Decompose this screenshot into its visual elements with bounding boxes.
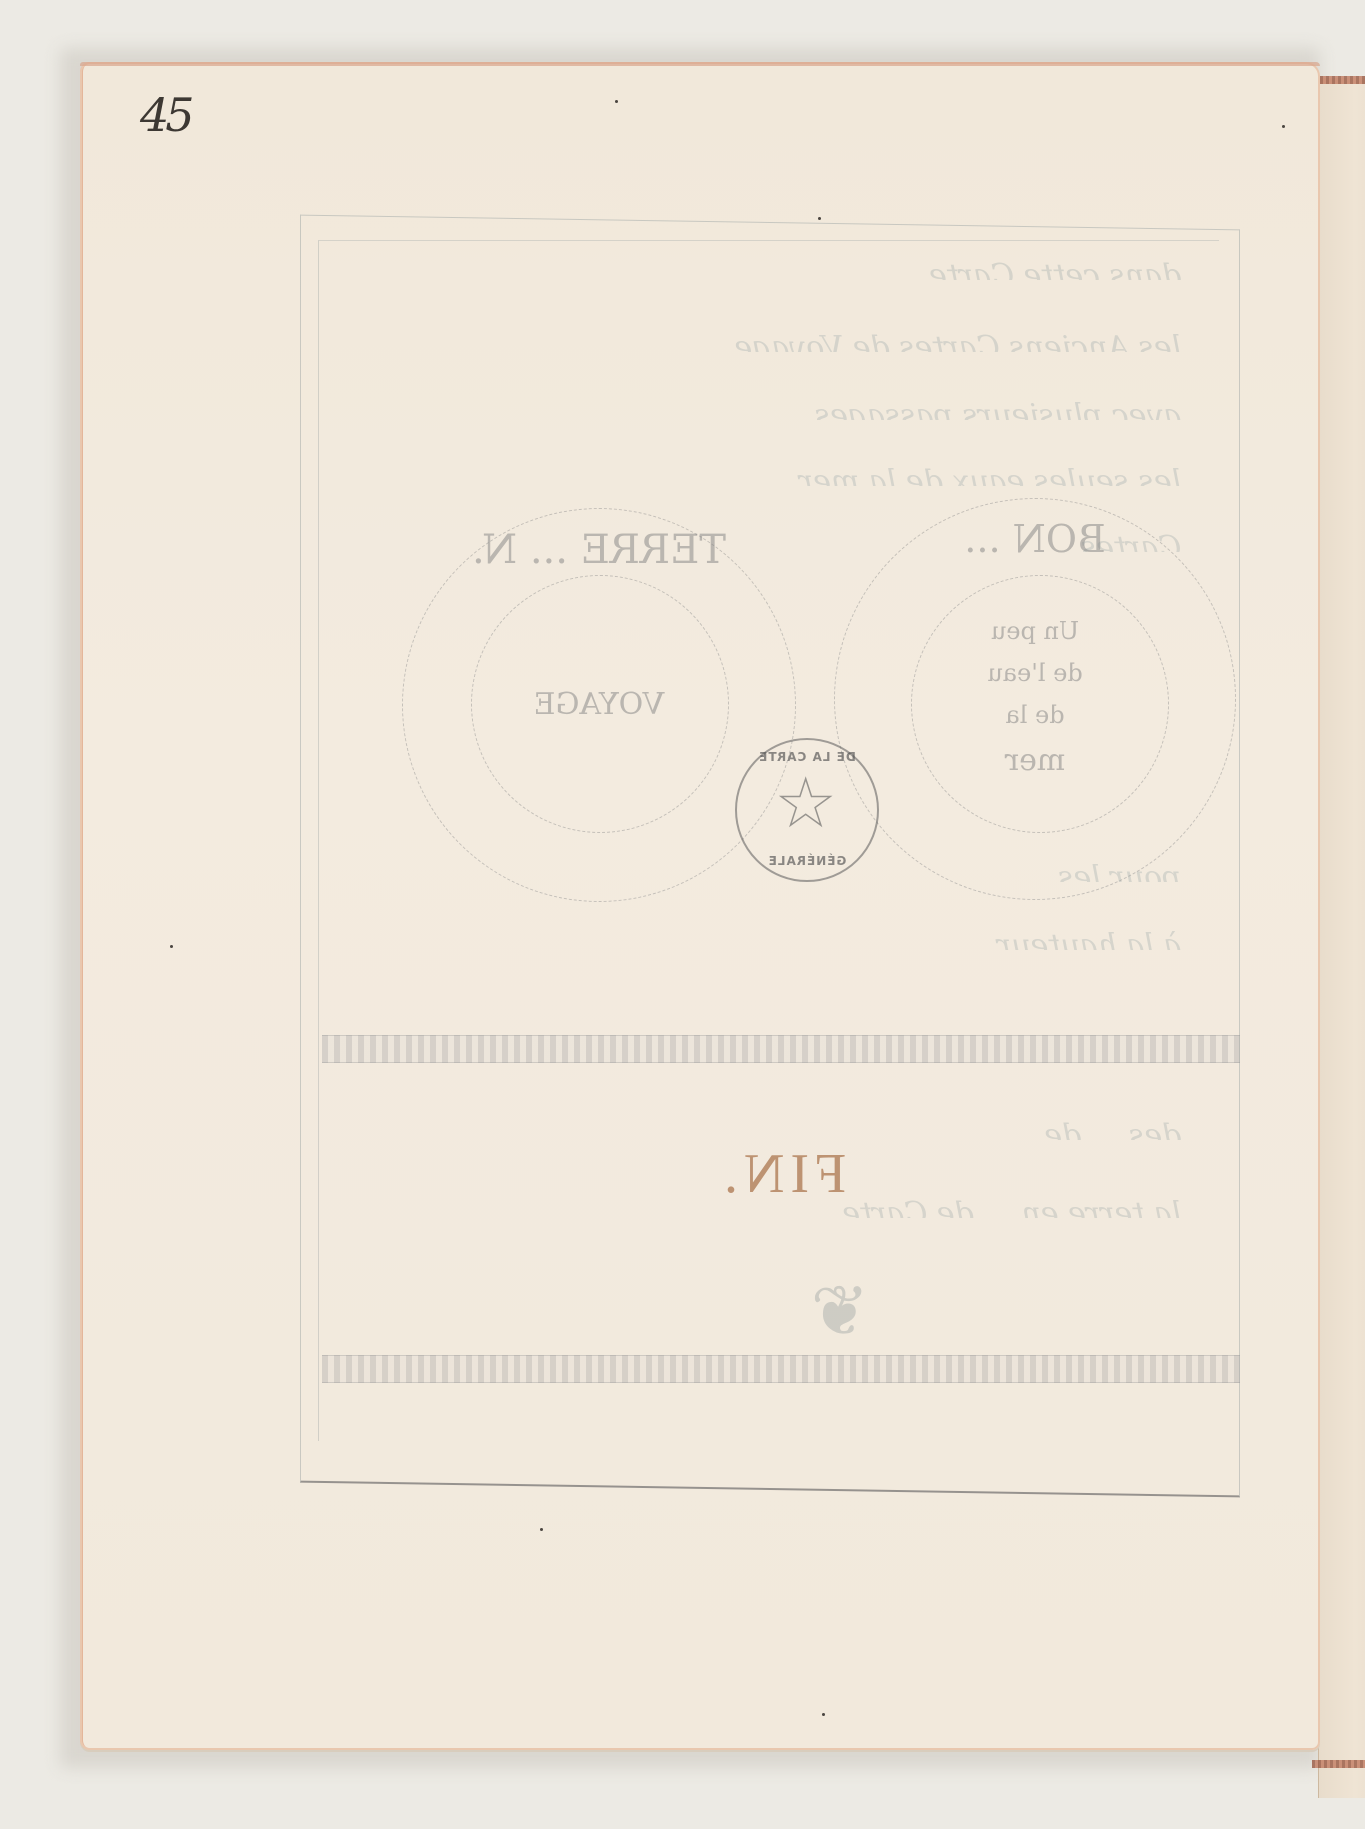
ghost-handwriting-line: ...des ... de ... [330, 1118, 1210, 1140]
paper-speck [1282, 125, 1285, 128]
library-stamp-top-text: DE LA CARTE [737, 750, 877, 764]
ghost-handwriting-line: ...dans cette Carte... [330, 258, 1210, 280]
left-seal-showthrough: TERRE ... N. VOYAGE [402, 508, 796, 902]
adjacent-page-edge [1318, 78, 1365, 1798]
right-seal-inner-line: de l'eau [835, 659, 1235, 687]
fin-printed-text: FIN. [718, 1142, 846, 1206]
library-stamp-bottom-text: GÉNÉRALE [737, 854, 877, 868]
paper-speck [540, 1528, 543, 1531]
handwritten-page-number: 45 [140, 88, 191, 142]
ghost-handwriting-line: ...avec plusieurs passages... [330, 398, 1210, 420]
right-seal-showthrough: BON ... Un peu de l'eau de la mer [834, 498, 1236, 900]
star-icon: ★ [777, 772, 834, 836]
paper-speck [170, 945, 173, 948]
ghost-handwriting-line: ...à la hauteur... [330, 928, 1210, 950]
ornamental-band-showthrough [322, 1035, 1240, 1063]
adjacent-page-gilt-top [1320, 76, 1365, 84]
right-seal-inner-line: de la [835, 701, 1235, 729]
right-seal-inner-line: mer [835, 743, 1235, 778]
left-seal-inner-text: VOYAGE [403, 687, 795, 722]
fleuron-ornament-icon: ❦ [745, 1268, 935, 1358]
right-seal-inner-line: Un peu [835, 617, 1235, 645]
adjacent-page-gilt-bottom [1312, 1760, 1365, 1768]
ghost-handwriting-line: ...les seules eaux de la mer... [330, 464, 1210, 486]
paper-speck [615, 100, 618, 103]
paper-speck [822, 1713, 825, 1716]
library-stamp: DE LA CARTE ★ GÉNÉRALE [735, 738, 879, 882]
ornamental-band-showthrough [322, 1355, 1240, 1383]
left-seal-outer-text: TERRE ... N. [403, 527, 795, 573]
paper-speck [818, 217, 821, 220]
ghost-handwriting-line: ...les Anciens Cartes de Voyage... [330, 330, 1210, 352]
right-seal-outer-text: BON ... [835, 517, 1235, 561]
